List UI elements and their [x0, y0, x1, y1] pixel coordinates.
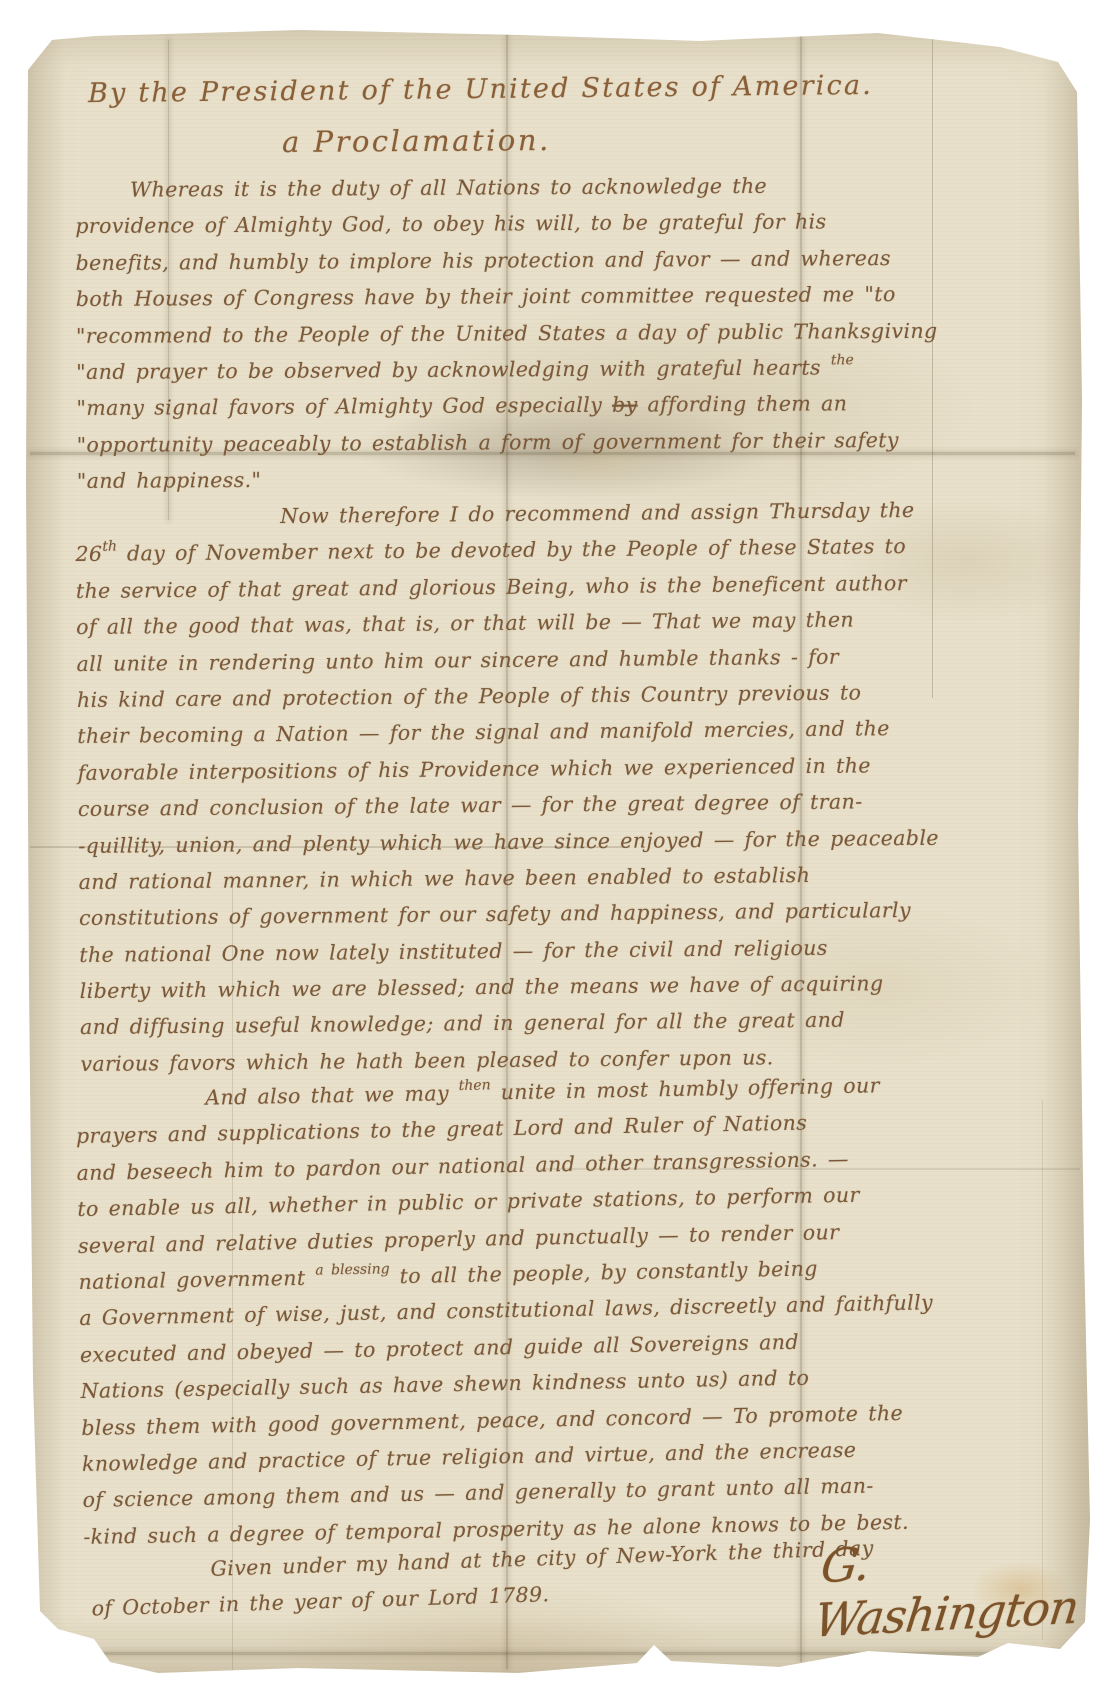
text-segment: his kind care and protection of the Peop… — [77, 680, 862, 712]
struck-word: by — [612, 393, 638, 417]
text-segment: unite in most humbly offering our — [491, 1073, 880, 1104]
manuscript-line: Whereas it is the duty of all Nations to… — [75, 166, 1055, 208]
text-segment: national government — [78, 1265, 315, 1293]
text-segment: their becoming a Nation — for the signal… — [77, 716, 890, 748]
text-segment: Nations (especially such as have shewn k… — [80, 1365, 809, 1402]
text-segment: Whereas it is the duty of all Nations to… — [130, 174, 767, 202]
manuscript-line: "many signal favors of Almighty God espe… — [76, 384, 1056, 426]
text-segment: "many signal favors of Almighty God espe… — [76, 393, 612, 420]
text-segment: Now therefore I do recommend and assign … — [280, 497, 915, 527]
document-title: By the President of the United States of… — [88, 70, 873, 109]
text-segment: And also that we may — [205, 1081, 459, 1110]
manuscript-line: providence of Almighty God, to obey his … — [75, 202, 1055, 244]
text-segment: to all the people, by constantly being — [390, 1256, 818, 1288]
paper-sheet: By the President of the United States of… — [0, 0, 1097, 1700]
scanned-document-page: By the President of the United States of… — [0, 0, 1097, 1700]
text-segment: and diffusing useful knowledge; and in g… — [80, 1008, 845, 1039]
paragraph: And also that we may then unite in most … — [75, 1064, 1064, 1555]
manuscript-body: Whereas it is the duty of all Nations to… — [75, 172, 1055, 1628]
paragraph: Whereas it is the duty of all Nations to… — [75, 166, 1057, 499]
text-segment: affording them an — [638, 392, 848, 417]
inserted-word: the — [831, 352, 854, 368]
inserted-word: a blessing — [315, 1261, 390, 1278]
text-segment: benefits, and humbly to implore his prot… — [75, 246, 890, 275]
text-segment: both Houses of Congress have by their jo… — [76, 282, 896, 311]
document-subtitle: a Proclamation. — [282, 123, 551, 159]
text-segment: 26 — [75, 542, 102, 566]
manuscript-line: "recommend to the People of the United S… — [76, 312, 1056, 354]
manuscript-line: "opportunity peaceably to establish a fo… — [77, 421, 1057, 463]
text-segment: the service of that great and glorious B… — [76, 570, 907, 602]
inserted-word: then — [459, 1077, 491, 1094]
text-segment: "and happiness." — [77, 468, 262, 493]
fold-crease-horizontal — [90, 1652, 1070, 1655]
text-segment: the national One now lately instituted —… — [79, 935, 828, 966]
inserted-word: th — [102, 539, 117, 555]
text-segment: all unite in rendering unto him our sinc… — [76, 644, 839, 675]
text-segment: prayers and supplications to the great L… — [76, 1111, 808, 1148]
text-segment: "opportunity peaceably to establish a fo… — [77, 428, 899, 457]
manuscript-line: benefits, and humbly to implore his prot… — [75, 239, 1055, 281]
text-segment: -quillity, union, and plenty which we ha… — [78, 825, 939, 857]
text-segment: "and prayer to be observed by acknowledg… — [76, 355, 831, 384]
text-segment: "recommend to the People of the United S… — [76, 318, 938, 347]
text-segment: constitutions of government for our safe… — [79, 898, 911, 930]
text-segment: of October in the year of our Lord 1789. — [91, 1582, 549, 1620]
text-segment: favorable interpositions of his Providen… — [78, 753, 871, 785]
paragraph: Now therefore I do recommend and assign … — [75, 490, 1061, 1082]
text-segment: liberty with which we are blessed; and t… — [80, 971, 884, 1003]
text-segment: course and conclusion of the late war — … — [78, 789, 863, 821]
manuscript-line: both Houses of Congress have by their jo… — [76, 275, 1056, 317]
text-segment: of all the good that was, that is, or th… — [76, 607, 854, 638]
text-segment: and rational manner, in which we have be… — [79, 862, 811, 893]
text-segment: day of November next to be devoted by th… — [117, 534, 906, 566]
text-segment: providence of Almighty God, to obey his … — [75, 210, 826, 239]
manuscript-line: "and prayer to be observed by acknowledg… — [76, 348, 1056, 390]
signature: G. Washington — [812, 1524, 1097, 1647]
